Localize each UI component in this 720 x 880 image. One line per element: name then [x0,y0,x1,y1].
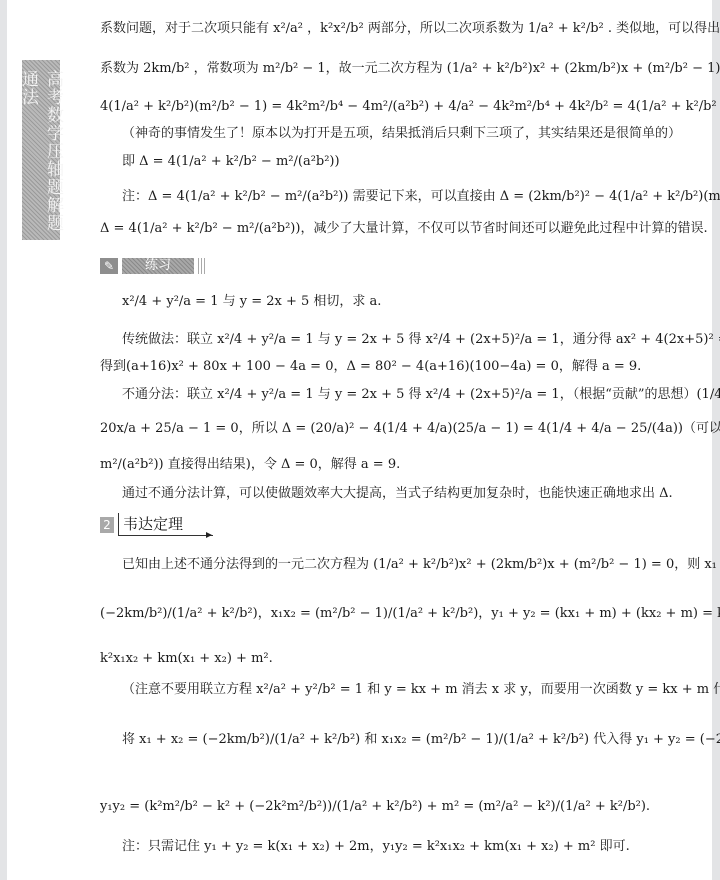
pencil-icon: ✎ [100,258,118,274]
right-page-edge [712,0,720,880]
note-line: 注：Δ = 4(1/a² + k²/b² − m²/(a²b²)) 需要记下来，… [122,190,720,203]
note-line: 注：只需记住 y₁ + y₂ = k(x₁ + x₂) + 2m，y₁y₂ = … [122,840,630,853]
text-line: 得到(a+16)x² + 80x + 100 − 4a = 0，Δ = 80² … [100,360,641,373]
banner-title: 高考数学压轴题解题通法 [16,70,66,240]
note-line: （注意不要用联立方程 x²/a² + y²/b² = 1 和 y = kx + … [122,683,720,696]
text-line: 通过不通分法计算，可以使做题效率大大提高，当式子结构更加复杂时，也能快速正确地求… [122,487,673,500]
text-line: 不通分法：联立 x²/4 + y²/a = 1 与 y = 2x + 5 得 x… [122,388,720,401]
formula-line: 将 x₁ + x₂ = (−2km/b²)/(1/a² + k²/b²) 和 x… [122,733,720,746]
section-title: 韦达定理 [118,513,213,536]
formula-line: 即 Δ = 4(1/a² + k²/b² − m²/(a²b²)) [122,155,340,168]
practice-problem: x²/4 + y²/a = 1 与 y = 2x + 5 相切，求 a. [122,295,381,308]
text-line: 传统做法：联立 x²/4 + y²/a = 1 与 y = 2x + 5 得 x… [122,333,720,346]
practice-label: 练习 [122,258,194,274]
formula-line: y₁y₂ = (k²m²/b² − k² + (−2k²m²/b²))/(1/a… [100,800,650,813]
decorative-bars [198,258,206,274]
sidebar-banner: 高考数学压轴题解题通法 [22,60,60,240]
text-line: 系数问题，对于二次项只能有 x²/a² ，k²x²/b² 两部分，所以二次项系数… [100,22,720,35]
text-line: 20x/a + 25/a − 1 = 0，所以 Δ = (20/a)² − 4(… [100,422,720,435]
left-page-edge [0,0,7,880]
text-line: m²/(a²b²)) 直接得出结果)，令 Δ = 0，解得 a = 9. [100,458,400,471]
text-line: 4(1/a² + k²/b²)(m²/b² − 1) = 4k²m²/b⁴ − … [100,100,720,113]
practice-header: ✎ 练习 [100,258,206,274]
vieta-header: 2 韦达定理 [100,513,213,536]
text-line: Δ = 4(1/a² + k²/b² − m²/(a²b²))，减少了大量计算，… [100,222,708,235]
section-number: 2 [100,517,114,533]
formula-line: k²x₁x₂ + km(x₁ + x₂) + m². [100,652,273,665]
text-line: 已知由上述不通分法得到的一元二次方程为 (1/a² + k²/b²)x² + (… [122,558,720,571]
text-line: 系数为 2km/b² ，常数项为 m²/b² − 1，故一元二次方程为 (1/a… [100,62,720,75]
formula-line: (−2km/b²)/(1/a² + k²/b²)，x₁x₂ = (m²/b² −… [100,607,720,620]
text-line: （神奇的事情发生了！原本以为打开是五项，结果抵消后只剩下三项了，其实结果还是很简… [122,127,681,140]
